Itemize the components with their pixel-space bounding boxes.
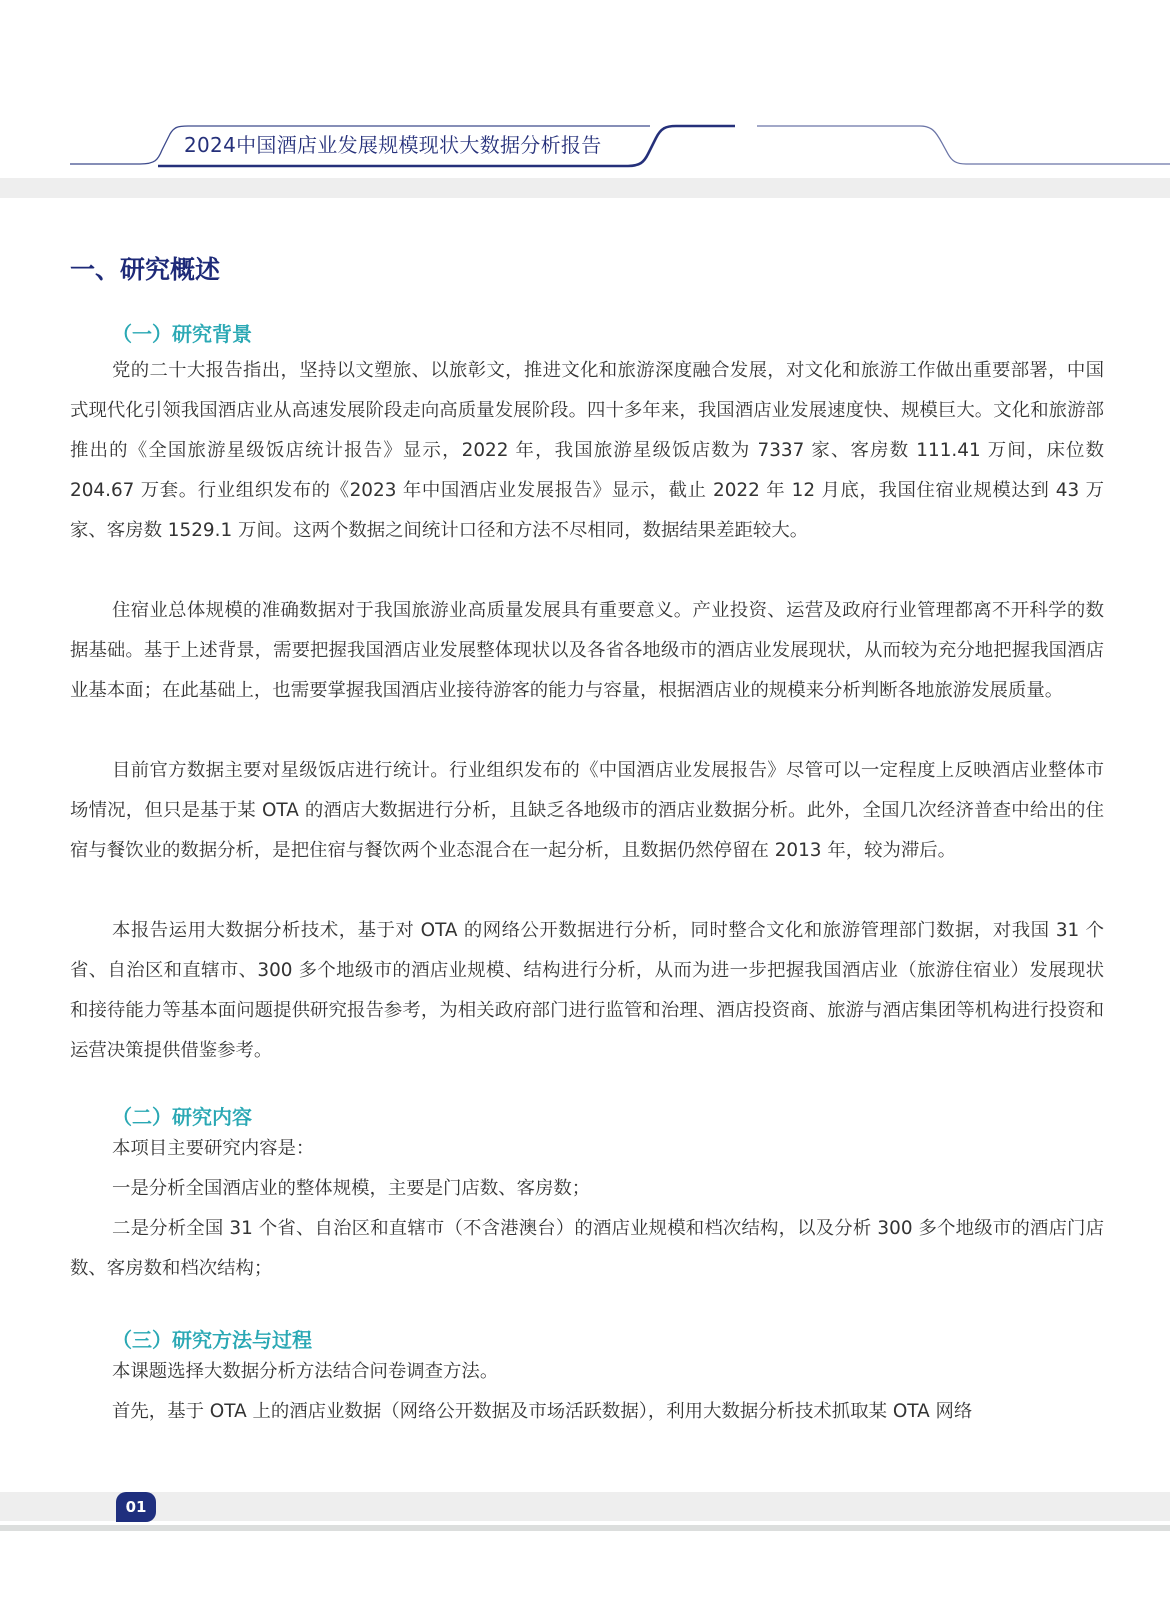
footer-band-lower xyxy=(0,1525,1170,1531)
paragraph: 本报告运用大数据分析技术，基于对 OTA 的网络公开数据进行分析，同时整合文化和… xyxy=(70,911,1104,1071)
content-item: 一是分析全国酒店业的整体规模，主要是门店数、客房数； xyxy=(112,1169,590,1209)
subsection-title-method: （三）研究方法与过程 xyxy=(112,1324,312,1353)
page-number-badge: 01 xyxy=(116,1492,156,1522)
paragraph: 住宿业总体规模的准确数据对于我国旅游业高质量发展具有重要意义。产业投资、运营及政… xyxy=(70,591,1104,711)
subsection-title-content: （二）研究内容 xyxy=(112,1101,252,1130)
content-item: 二是分析全国 31 个省、自治区和直辖市（不含港澳台）的酒店业规模和档次结构，以… xyxy=(70,1209,1104,1289)
method-line: 本课题选择大数据分析方法结合问卷调查方法。 xyxy=(112,1352,498,1392)
paragraph: 党的二十大报告指出，坚持以文塑旅、以旅彰文，推进文化和旅游深度融合发展，对文化和… xyxy=(70,351,1104,551)
header-band xyxy=(0,178,1170,198)
method-line: 首先，基于 OTA 上的酒店业数据（网络公开数据及市场活跃数据），利用大数据分析… xyxy=(112,1392,972,1432)
section-title: 一、研究概述 xyxy=(70,250,220,286)
footer-band xyxy=(0,1492,1170,1521)
content-intro: 本项目主要研究内容是： xyxy=(112,1129,314,1169)
subsection-title-background: （一）研究背景 xyxy=(112,318,252,347)
report-title: 2024中国酒店业发展规模现状大数据分析报告 xyxy=(184,129,602,158)
paragraph: 目前官方数据主要对星级饭店进行统计。行业组织发布的《中国酒店业发展报告》尽管可以… xyxy=(70,751,1104,871)
